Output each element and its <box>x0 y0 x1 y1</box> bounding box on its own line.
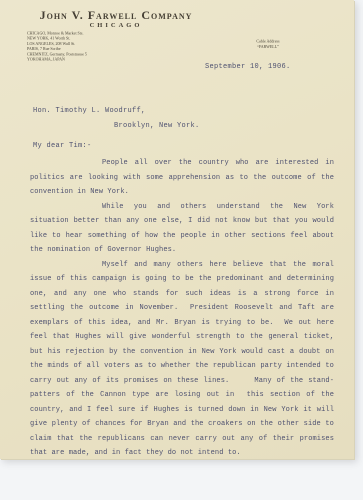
company-name: John V. Farwell Company <box>20 8 212 23</box>
cable-address-block: Cable Address “FARWELL” <box>238 39 298 50</box>
salutation: My dear Tim:- <box>33 142 92 150</box>
scan-background: John V. Farwell Company CHICAGO CHICAGO,… <box>0 0 363 500</box>
letter-body: People all over the country who are inte… <box>30 156 334 461</box>
letter-page: John V. Farwell Company CHICAGO CHICAGO,… <box>0 0 354 459</box>
letter-paragraph: Myself and many others here believe that… <box>30 258 334 461</box>
date-line: September 10, 1906. <box>205 63 291 71</box>
cable-address-name: “FARWELL” <box>238 44 298 49</box>
branch-address-list: CHICAGO, Monroe & Market Sts. NEW YORK, … <box>27 31 147 62</box>
letter-paragraph: People all over the country who are inte… <box>30 156 334 200</box>
branch-address: YOKOHAMA, JAPAN <box>27 57 147 62</box>
letter-paragraph: While you and others understand the New … <box>30 200 334 258</box>
recipient-city: Brooklyn, New York. <box>114 122 200 130</box>
company-city: CHICAGO <box>20 22 212 29</box>
recipient-name: Hon. Timothy L. Woodruff, <box>33 107 146 115</box>
